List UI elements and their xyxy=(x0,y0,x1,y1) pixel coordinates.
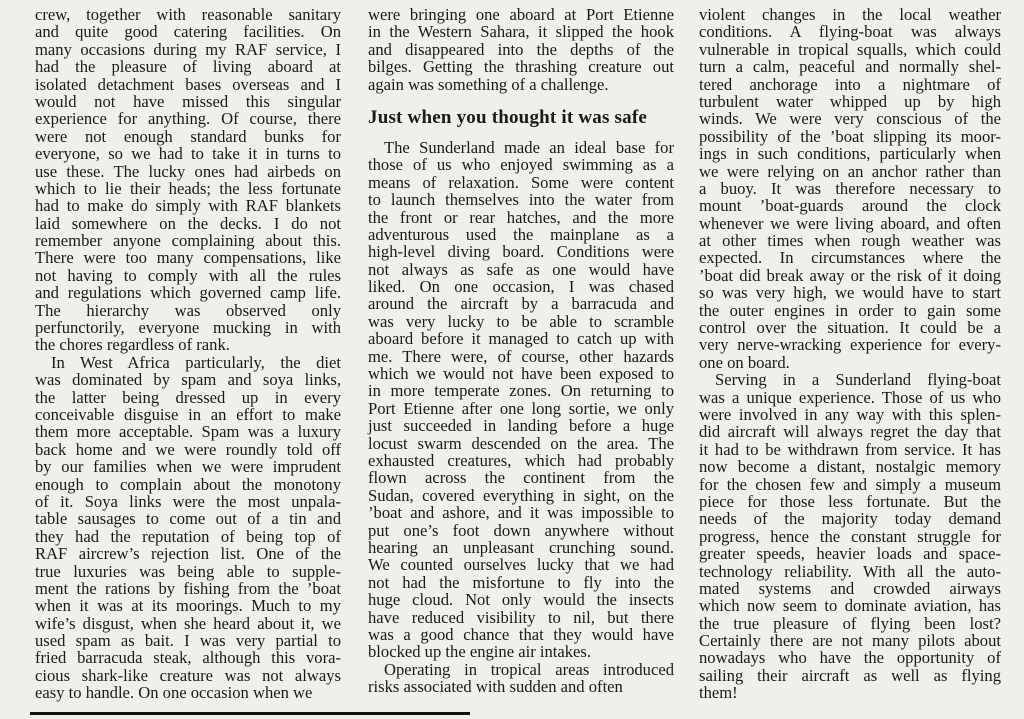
text-line: Certainly there are not many pilots abou… xyxy=(699,632,1001,649)
text-line: turn a calm, peaceful and normally shel- xyxy=(699,58,1001,75)
text-line: the chores regardless of rank. xyxy=(35,336,341,353)
text-line: needs of the majority today demand xyxy=(699,510,1001,527)
text-line: progress, hence the constant struggle fo… xyxy=(699,528,1001,545)
paragraph: Serving in a Sunderland flying-boatwas a… xyxy=(699,371,1001,701)
text-line: was dominated by spam and soya links, xyxy=(35,371,341,388)
text-line: were involved in any way with this splen… xyxy=(699,406,1001,423)
text-line: experience for anything. Of course, ther… xyxy=(35,110,341,127)
text-line: were not enough standard bunks for xyxy=(35,128,341,145)
text-line: ’boat and ashore, and it was impossible … xyxy=(368,504,674,521)
text-line: true luxuries was being able to supple- xyxy=(35,563,341,580)
paragraph: crew, together with reasonable sanitarya… xyxy=(35,6,341,354)
text-line: in more temperate zones. On returning to xyxy=(368,382,674,399)
text-line: mated systems and crowded airways xyxy=(699,580,1001,597)
section-subheading: Just when you thought it was safe xyxy=(368,107,674,129)
text-line: ’boat did break away or the risk of it d… xyxy=(699,267,1001,284)
paragraph: violent changes in the local weathercond… xyxy=(699,6,1001,371)
text-line: hearing an unpleasant crunching sound. xyxy=(368,539,674,556)
text-line: winds. We were very conscious of the xyxy=(699,110,1001,127)
text-line: table sausages to come out of a tin and xyxy=(35,510,341,527)
text-line: risks associated with sudden and often xyxy=(368,678,674,695)
text-line: very nerve-wracking experience for every… xyxy=(699,336,1001,353)
text-line: use these. The lucky ones had airbeds on xyxy=(35,163,341,180)
text-line: were bringing one aboard at Port Etienne xyxy=(368,6,674,23)
text-line: many occasions during my RAF service, I xyxy=(35,41,341,58)
text-line: Operating in tropical areas introduced xyxy=(368,661,674,678)
text-line: it had to be withdrawn from service. It … xyxy=(699,441,1001,458)
text-line: possibility of the ’boat slipping its mo… xyxy=(699,128,1001,145)
text-line: whenever we were living aboard, and ofte… xyxy=(699,215,1001,232)
text-line: me. There were, of course, other hazards xyxy=(368,348,674,365)
text-line: tered anchorage into a nightmare of xyxy=(699,76,1001,93)
paragraph: The Sunderland made an ideal base fortho… xyxy=(368,139,674,661)
text-line: in the Western Sahara, it slipped the ho… xyxy=(368,23,674,40)
text-line: turbulent water whipped up by high xyxy=(699,93,1001,110)
text-line: The hierarchy was observed only xyxy=(35,302,341,319)
text-line: violent changes in the local weather xyxy=(699,6,1001,23)
text-line: of it. Soya links were the most unpala- xyxy=(35,493,341,510)
text-line: flown across the continent from the xyxy=(368,469,674,486)
text-line: Serving in a Sunderland flying-boat xyxy=(699,371,1001,388)
text-line: was very lucky to be able to scramble xyxy=(368,313,674,330)
text-line: piece for those less fortunate. But the xyxy=(699,493,1001,510)
text-line: those of us who enjoyed swimming as a xyxy=(368,156,674,173)
text-line: and regulations which governed camp life… xyxy=(35,284,341,301)
text-line: aboard before it managed to catch up wit… xyxy=(368,330,674,347)
text-line: the true pleasure of flying been lost? xyxy=(699,615,1001,632)
text-line: high-level diving board. Conditions were xyxy=(368,243,674,260)
text-line: fried barracuda steak, although this vor… xyxy=(35,649,341,666)
text-line: the latter being dressed up in every xyxy=(35,389,341,406)
text-line: blocked up the engine air intakes. xyxy=(368,643,674,660)
text-line: one on board. xyxy=(699,354,1001,371)
text-line: ings in such conditions, particularly wh… xyxy=(699,145,1001,162)
text-line: around the aircraft by a barracuda and xyxy=(368,295,674,312)
text-line: huge cloud. Not only would the insects xyxy=(368,591,674,608)
text-line: by our families when we were imprudent xyxy=(35,458,341,475)
text-line: was a good chance that they would have xyxy=(368,626,674,643)
text-line: at other times when rough weather was xyxy=(699,232,1001,249)
text-line: adventurous used the mainplane as a xyxy=(368,226,674,243)
text-line: them more acceptable. Spam was a luxury xyxy=(35,423,341,440)
text-line: perfunctorily, everyone mucking in with xyxy=(35,319,341,336)
text-line: now become a distant, nostalgic memory xyxy=(699,458,1001,475)
text-line: sailing their aircraft as well as flying xyxy=(699,667,1001,684)
text-line: just succeeded in landing before a huge xyxy=(368,417,674,434)
text-line: and quite good catering facilities. On xyxy=(35,23,341,40)
text-line: The Sunderland made an ideal base for xyxy=(368,139,674,156)
text-line: Port Etienne after one long sortie, we o… xyxy=(368,400,674,417)
text-line: Sudan, covered everything in sight, on t… xyxy=(368,487,674,504)
text-line: RAF aircrew’s rejection list. One of the xyxy=(35,545,341,562)
text-line: exhausted creatures, which had probably xyxy=(368,452,674,469)
text-column-1: crew, together with reasonable sanitarya… xyxy=(35,6,341,702)
text-line: remember anyone complaining about this. xyxy=(35,232,341,249)
text-line: them! xyxy=(699,684,1001,701)
text-line: used spam as bait. I was very partial to xyxy=(35,632,341,649)
text-line: locust swarm descended on the area. The xyxy=(368,435,674,452)
text-line: We counted ourselves lucky that we had xyxy=(368,556,674,573)
text-line: put one’s foot down anywhere without xyxy=(368,522,674,539)
text-line: to launch themselves into the water from xyxy=(368,191,674,208)
text-line: not had the misfortune to fly into the xyxy=(368,574,674,591)
text-line: In West Africa particularly, the diet xyxy=(35,354,341,371)
text-line: and disappeared into the depths of the xyxy=(368,41,674,58)
text-line: wife’s disgust, when she heard about it,… xyxy=(35,615,341,632)
text-line: the outer engines in order to gain some xyxy=(699,302,1001,319)
bottom-rule-divider xyxy=(30,712,470,715)
text-line: ment the rations by fishing from the ’bo… xyxy=(35,580,341,597)
text-line: cious shark-like creature was not always xyxy=(35,667,341,684)
text-line: crew, together with reasonable sanitary xyxy=(35,6,341,23)
text-line: which now seem to dominate aviation, has xyxy=(699,597,1001,614)
text-line: vulnerable in tropical squalls, which co… xyxy=(699,41,1001,58)
text-line: enough to complain about the monotony xyxy=(35,476,341,493)
text-line: There were too many compensations, like xyxy=(35,249,341,266)
text-line: back home and we were roundly told off xyxy=(35,441,341,458)
text-column-3: violent changes in the local weathercond… xyxy=(699,6,1001,702)
text-line: expected. In circumstances where the xyxy=(699,249,1001,266)
document-page: crew, together with reasonable sanitarya… xyxy=(0,0,1024,719)
text-line: not always as safe as one would have xyxy=(368,261,674,278)
text-column-2: were bringing one aboard at Port Etienne… xyxy=(368,6,674,695)
text-line: means of relaxation. Some were content xyxy=(368,174,674,191)
paragraph: Operating in tropical areas introducedri… xyxy=(368,661,674,696)
text-line: isolated detachment bases overseas and I xyxy=(35,76,341,93)
text-line: had the pleasure of living aboard at xyxy=(35,58,341,75)
text-line: had to make do simply with RAF blankets xyxy=(35,197,341,214)
text-line: the front or rear hatches, and the more xyxy=(368,209,674,226)
text-line: conceivable disguise in an effort to mak… xyxy=(35,406,341,423)
text-line: greater speeds, heavier loads and space- xyxy=(699,545,1001,562)
text-line: for the chosen few and simply a museum xyxy=(699,476,1001,493)
text-line: nowadays who have the opportunity of xyxy=(699,649,1001,666)
text-line: technology reliability. With all the aut… xyxy=(699,563,1001,580)
text-line: easy to handle. On one occasion when we xyxy=(35,684,341,701)
text-line: bilges. Getting the thrashing creature o… xyxy=(368,58,674,75)
text-line: not having to comply with all the rules xyxy=(35,267,341,284)
text-line: they had the reputation of being top of xyxy=(35,528,341,545)
text-line: was a unique experience. Those of us who xyxy=(699,389,1001,406)
text-line: so was very high, we would have to start xyxy=(699,284,1001,301)
text-line: did aircraft will always regret the day … xyxy=(699,423,1001,440)
text-line: control over the situation. It could be … xyxy=(699,319,1001,336)
text-line: which we would not have been exposed to xyxy=(368,365,674,382)
text-line: conditions. A flying-boat was always xyxy=(699,23,1001,40)
text-line: again was something of a challenge. xyxy=(368,76,674,93)
text-line: we were relying on an anchor rather than xyxy=(699,163,1001,180)
text-line: have reduced visibility to nil, but ther… xyxy=(368,609,674,626)
text-line: mount ’boat-guards around the clock xyxy=(699,197,1001,214)
paragraph: In West Africa particularly, the dietwas… xyxy=(35,354,341,702)
text-line: would not have missed this singular xyxy=(35,93,341,110)
text-line: a buoy. It was therefore necessary to xyxy=(699,180,1001,197)
text-line: which to lie their heads; the less fortu… xyxy=(35,180,341,197)
text-line: when it was at its moorings. Much to my xyxy=(35,597,341,614)
text-line: everyone, so we had to take it in turns … xyxy=(35,145,341,162)
paragraph: were bringing one aboard at Port Etienne… xyxy=(368,6,674,93)
text-line: liked. On one occasion, I was chased xyxy=(368,278,674,295)
text-line: laid somewhere on the decks. I do not xyxy=(35,215,341,232)
